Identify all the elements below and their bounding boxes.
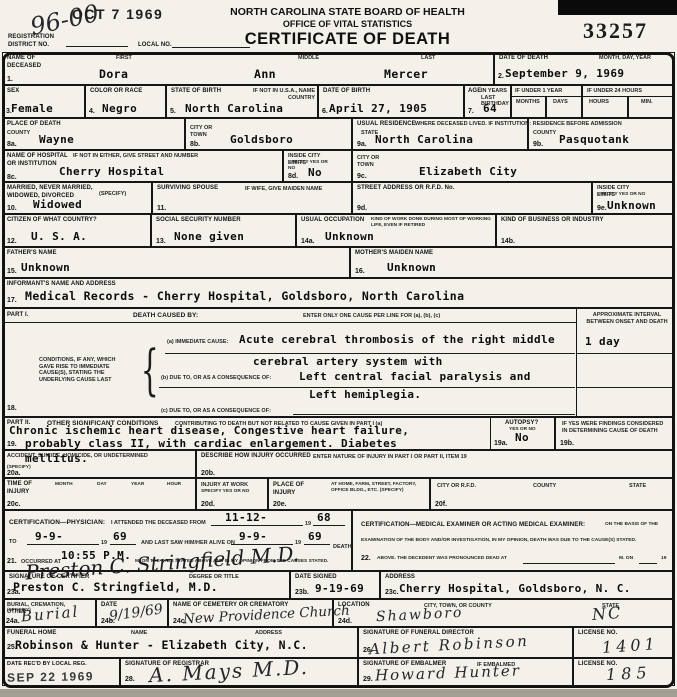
pod-icl-value: No [308,166,322,179]
field-residence-city: CITY OR TOWN 9c. Elizabeth City [352,150,675,182]
race-label: COLOR OR RACE [90,88,142,96]
date-signed-value: 9-19-69 [315,582,364,595]
name-item-number: 1. [7,76,13,83]
part1-interval-column: APPROXIMATE INTERVAL BETWEEN ONSET AND D… [576,308,675,417]
cause-c-rule [293,414,575,415]
field-street-address: STREET ADDRESS OR R.F.D. No. 9d. [352,182,592,214]
injury-state-label: STATE [629,483,646,490]
min-label: MIN. [641,99,653,106]
pod-county-label: COUNTY [7,130,30,137]
field-embalmer-signature: SIGNATURE OF EMBALMER IF EMBALMED 29. Ho… [358,658,573,686]
field-how-injury-occurred: DESCRIBE HOW INJURY OCCURRED ENTER NATUR… [196,450,675,478]
registrar-handwriting: A. Mays M.D. [149,657,310,685]
part2-item-number: 19. [7,441,17,448]
residence-county-label: COUNTY [533,130,556,137]
injury-city-label: CITY OR R.F.D. [437,483,476,490]
citizen-value: U. S. A. [31,230,87,243]
field-citizen: CITIZEN OF WHAT COUNTRY? 12. U. S. A. [2,214,151,247]
cert-seen-date: 9-9- [239,530,267,543]
informant-value: Medical Records - Cherry Hospital, Golds… [25,290,464,304]
cause-a-label: (a) IMMEDIATE CAUSE: [167,339,228,346]
day-label: DAY [97,482,107,488]
cert-me-mon-text: M. ON [619,556,633,562]
name-first-value: Dora [99,68,128,82]
signer-typed-value: Preston C. Stringfield, M.D. [13,581,218,595]
mother-number: 16. [355,268,365,275]
under-24-hours-label: IF UNDER 24 HOURS [587,88,642,95]
embalmer-license-handwriting: 185 [606,665,652,683]
field-funeral-home: FUNERAL HOME NAME ADDRESS 25. Robinson &… [2,627,358,658]
accident-number: 20a. [7,470,21,477]
date-received-stamp: SEP 22 1969 [7,670,94,684]
part1-conditions-label: CONDITIONS, IF ANY, WHICH GAVE RISE TO I… [39,357,131,383]
part1-brace: { [141,344,159,398]
last-sublabel: LAST [421,55,435,62]
cert-from-date: 11-12- [225,511,267,524]
interval-rule2 [577,387,673,388]
cert-to-date: 9-9- [35,530,63,543]
injury-at-work-label: INJURY AT WORK [201,482,257,489]
injury-county-label: COUNTY [533,483,556,490]
agency-header: NORTH CAROLINA STATE BOARD OF HEALTH OFF… [205,0,490,52]
cause-a-rule [165,353,575,354]
field-surviving-spouse: SURVIVING SPOUSE IF WIFE, GIVE MAIDEN NA… [152,182,352,214]
field-pod-inside-city-limits: INSIDE CITY LIMITS SPECIFY YES OR NO 8d.… [283,150,352,182]
field-date-signed: DATE SIGNED 23b. 9-19-69 [290,571,380,599]
cert-me-blank2 [639,563,657,564]
place-of-injury-number: 20e. [273,501,287,508]
field-date-of-death: DATE OF DEATH MONTH, DAY, YEAR 2. Septem… [494,52,675,85]
field-hospital: NAME OF HOSPITAL OR INSTITUTION IF NOT I… [2,150,283,182]
residence-city-number: 9c. [357,173,367,180]
field-marital-status: MARRIED, NEVER MARRIED, WIDOWED, DIVORCE… [2,182,152,214]
usual-residence-subheader: WHERE DECEASED LIVED. IF INSTITUTION: RE… [415,121,675,128]
field-burial-date: DATE 24b. 9/19/69 [96,599,168,627]
field-sex: SEX 3. Female [2,85,85,118]
residence-city-label: CITY OR TOWN [357,155,387,168]
occupation-number: 14a. [301,238,315,245]
field-under24-hours: HOURS [582,96,628,118]
part1-item-number: 18. [7,405,17,412]
field-residence-inside-city-limits: INSIDE CITY LIMITS SPECIFY YES OR NO 9e.… [592,182,675,214]
sex-value: Female [11,102,53,115]
field-date-received: DATE REC'D BY LOCAL REG. SEP 22 1969 [2,658,120,686]
state-of-birth-label: STATE OF BIRTH [171,88,221,96]
name-last-value: Mercer [384,68,428,82]
days-label: DAYS [553,99,568,106]
residence-icl-number: 9e. [597,205,607,212]
sex-label: SEX [7,88,19,96]
interval-a-value: 1 day [585,335,620,348]
field-under24-min: MIN. [628,96,675,118]
field-age: AGE IN YEARS LAST BIRTHDAY 7. 64 [464,85,511,118]
cert-to-blank [27,544,99,545]
part1-header-rule [3,322,577,323]
agency-line2: OFFICE OF VITAL STATISTICS [205,19,490,29]
agency-line1: NORTH CAROLINA STATE BOARD OF HEALTH [205,6,490,18]
field-race: COLOR OR RACE 4. Negro [85,85,166,118]
section-certification-physician: CERTIFICATION—PHYSICIAN: I ATTENDED THE … [2,510,352,571]
usual-residence-header: USUAL RESIDENCE [357,121,416,129]
field-informant: INFORMANT'S NAME AND ADDRESS 17. Medical… [2,278,675,308]
street-number: 9d. [357,205,367,212]
autopsy-value: No [515,431,529,444]
part1-note: ENTER ONLY ONE CAUSE PER LINE FOR (a), (… [303,313,440,320]
cert-to-text: TO [9,539,17,546]
mother-label: MOTHER'S MAIDEN NAME [355,250,433,258]
residence-state-value: North Carolina [375,133,473,146]
residence-icl-sublabel: SPECIFY YES OR NO [597,192,647,198]
pod-county-value: Wayne [39,133,74,146]
under-1-year-label: IF UNDER 1 YEAR [515,88,562,95]
date-of-death-value: September 9, 1969 [505,67,624,80]
location-number: 24d. [338,618,352,625]
field-business: KIND OF BUSINESS OR INDUSTRY 14b. [496,214,675,247]
funeral-home-name-sublabel: NAME [131,630,147,637]
father-value: Unknown [21,261,70,274]
race-value: Negro [102,102,137,115]
cert-seenyr-blank [304,544,330,545]
hospital-number: 8c. [7,174,17,181]
field-pod-city: CITY OR TOWN 8b. Goldsboro [185,118,352,150]
mother-value: Unknown [387,261,436,274]
findings-label: IF YES WERE FINDINGS CONSIDERED IN DETER… [562,421,668,434]
address-value: Cherry Hospital, Goldsboro, N. C. [399,582,631,595]
cause-a-line2: cerebral artery system with [253,355,443,368]
field-embalmer-license: LICENSE NO. 185 [573,658,675,686]
field-cemetery-name: NAME OF CEMETERY OR CREMATORY 24c. New P… [168,599,333,627]
director-license-handwriting: 1401 [602,636,660,656]
father-number: 15. [7,268,17,275]
marital-number: 10. [7,205,17,212]
findings-number: 19b. [560,440,574,447]
age-number: 7. [468,108,474,115]
location-handwriting: Shawboro [376,606,464,625]
business-label: KIND OF BUSINESS OR INDUSTRY [501,217,604,225]
cert-me-pronounced-text: ABOVE. THE DECEDENT WAS PRONOUNCED DEAD … [377,556,507,562]
funeral-home-label: FUNERAL HOME [7,630,56,638]
hospital-value: Cherry Hospital [59,165,164,178]
place-of-injury-label: PLACE OF INJURY [273,482,328,497]
cert-attended-text: I ATTENDED THE DECEASED FROM [111,520,206,527]
informant-label: INFORMANT'S NAME AND ADDRESS [7,281,116,289]
registration-district-blank [66,46,128,47]
occupation-label: USUAL OCCUPATION [301,217,364,225]
residence-city-value: Elizabeth City [419,165,517,178]
address-number: 23c. [385,589,399,596]
field-certifier-address: ADDRESS 23c. Cherry Hospital, Goldsboro,… [380,571,675,599]
marital-sublabel: (SPECIFY) [99,191,126,198]
age-value: 64 [483,102,497,115]
cert-seen-year: 69 [308,530,322,543]
field-pod-county: PLACE OF DEATH COUNTY 8a. Wayne [2,118,185,150]
date-of-birth-value: April 27, 1905 [329,102,427,115]
residence-icl-value: Unknown [607,199,656,212]
field-ssn: SOCIAL SECURITY NUMBER 13. None given [151,214,296,247]
date-of-death-number: 2. [498,73,504,80]
residence-county-value: Pasquotank [559,133,629,146]
first-sublabel: FIRST [116,55,132,62]
month-label: MONTH [55,482,73,488]
embalmer-handwriting: Howard Hunter [375,663,521,683]
registrar-number: 28. [125,676,135,683]
year-label: YEAR [131,482,144,488]
cert-from-year: 68 [317,511,331,524]
part1-label: PART I. [7,312,29,320]
cert-me-19-text: 19 [661,556,666,562]
corner-black-bar [558,0,677,15]
field-injury-location: CITY OR R.F.D. COUNTY STATE 20f. [430,478,675,510]
occupation-value: Unknown [325,230,374,243]
cause-b-line1: Left central facial paralysis and [299,370,531,383]
section-part1: PART I. DEATH CAUSED BY: ENTER ONLY ONE … [2,308,675,417]
hours-label: HOURS [589,99,609,106]
pod-county-number: 8a. [7,141,17,148]
interval-rule1 [577,353,673,354]
field-autopsy-findings: IF YES WERE FINDINGS CONSIDERED IN DETER… [555,417,675,450]
cause-b-line2: Left hemiplegia. [309,388,421,401]
document-title: CERTIFICATE OF DEATH [205,30,490,49]
injury-location-number: 20f. [435,501,447,508]
father-label: FATHER'S NAME [7,250,57,258]
interval-label: APPROXIMATE INTERVAL BETWEEN ONSET AND D… [583,312,671,325]
how-injury-label: DESCRIBE HOW INJURY OCCURRED [201,453,311,461]
field-registrar-signature: SIGNATURE OF REGISTRAR 28. A. Mays M.D. [120,658,358,686]
citizen-number: 12. [7,238,17,245]
burial-value-handwriting: Burial [20,604,79,624]
embalmer-number: 29. [363,676,373,683]
field-state-of-birth: STATE OF BIRTH IF NOT IN U.S.A., NAME CO… [166,85,318,118]
autopsy-number: 19a. [494,440,508,447]
citizen-label: CITIZEN OF WHAT COUNTRY? [7,217,97,225]
cert-me-label: CERTIFICATION—MEDICAL EXAMINER OR ACTING… [361,521,585,529]
field-accident-type: ACCIDENT, SUICIDE, HOMICIDE, OR UNDETERM… [2,450,196,478]
state-of-birth-number: 5. [170,108,176,115]
hospital-sublabel: IF NOT IN EITHER, GIVE STREET AND NUMBER [73,153,198,160]
section-certification-medical-examiner: CERTIFICATION—MEDICAL EXAMINER OR ACTING… [352,510,675,571]
date-of-birth-label: DATE OF BIRTH [323,88,370,96]
cert-from-19: 19 [305,521,311,528]
place-of-injury-sublabel: AT HOME, FARM, STREET, FACTORY, OFFICE B… [331,482,425,494]
spouse-label: SURVIVING SPOUSE [157,185,218,193]
field-injury-at-work: INJURY AT WORK SPECIFY YES OR NO 20d. [196,478,268,510]
part2-line3-overflow: mellitus. [25,452,88,465]
cert-from-blank [211,525,303,526]
field-mother-name: MOTHER'S MAIDEN NAME 16. Unknown [350,247,675,278]
how-injury-number: 20b. [201,470,215,477]
hour-label: HOUR [167,482,181,488]
address-label: ADDRESS [385,574,415,582]
cert-death-text: DEATH [333,544,352,551]
field-burial-type: BURIAL, CREMATION, OTHER (SPECIFY) 24a. … [2,599,96,627]
how-injury-sublabel: ENTER NATURE OF INJURY IN PART I OR PART… [313,454,467,461]
death-certificate-scan: REGISTRATION DISTRICT NO. 96-00 OCT 7 19… [0,0,677,697]
funeral-home-value: Robinson & Hunter - Elizabeth City, N.C. [15,639,308,653]
field-burial-location: LOCATION CITY, TOWN, OR COUNTY STATE 24d… [333,599,675,627]
cert-to-year: 69 [113,530,127,543]
date-of-birth-number: 6. [322,108,328,115]
field-autopsy: AUTOPSY? YES OR NO 19a. No [490,417,555,450]
field-funeral-director-signature: SIGNATURE OF FUNERAL DIRECTOR 26. Albert… [358,627,573,658]
cert-me-number: 22. [361,555,371,562]
middle-sublabel: MIDDLE [298,55,319,62]
name-middle-value: Ann [254,68,276,82]
marital-value: Widowed [33,198,82,211]
date-of-death-label: DATE OF DEATH [499,55,548,63]
state-of-birth-value: North Carolina [185,102,283,115]
location-label: LOCATION [338,602,370,610]
part1-caused-by-label: DEATH CAUSED BY: [133,312,198,320]
cause-b-label: (b) DUE TO, OR AS A CONSEQUENCE OF: [161,375,271,382]
date-signed-label: DATE SIGNED [295,574,337,582]
pod-city-number: 8b. [190,141,200,148]
ssn-value: None given [174,230,244,243]
local-no-label: LOCAL NO. [138,42,172,50]
field-date-of-birth: DATE OF BIRTH 6. April 27, 1905 [318,85,464,118]
cert-me-exam-text: EXAMINATION OF THE BODY AND/OR INVESTIGA… [361,538,636,544]
field-signature-of-certifier: SIGNATURE OF CERTIFIER DEGREE OR TITLE 2… [2,571,290,599]
date-received-label: DATE REC'D BY LOCAL REG. [7,661,87,668]
ssn-number: 13. [156,238,166,245]
name-label: NAME OF DECEASED [7,55,47,70]
field-name-of-deceased: NAME OF DECEASED FIRST MIDDLE LAST 1. Do… [2,52,494,85]
injury-at-work-sublabel: SPECIFY YES OR NO [201,489,249,495]
time-of-injury-label: TIME OF INJURY [7,481,47,496]
field-occupation: USUAL OCCUPATION KIND OF WORK DONE DURIN… [296,214,496,247]
residence-state-number: 9a. [357,141,367,148]
part2-line1: Chronic ischemic heart disease, Congesti… [9,424,409,437]
certificate-number: 33257 [583,18,648,44]
date-of-death-sublabel: MONTH, DAY, YEAR [599,55,651,62]
cert-item-number: 21. [7,558,17,565]
field-under1-months: MONTHS [511,96,546,118]
location-state-handwriting: NC [591,605,622,623]
field-director-license: LICENSE NO. 1401 [573,627,675,658]
cert-me-basis-text: ON THE BASIS OF THE [605,522,658,528]
occupation-sublabel: KIND OF WORK DONE DURING MOST OF WORKING… [371,217,491,229]
ssn-label: SOCIAL SECURITY NUMBER [156,217,241,225]
cert-me-blank1 [523,563,615,564]
residence-county-number: 9b. [533,141,543,148]
months-label: MONTHS [516,99,540,106]
cert-to-19: 19 [101,540,107,547]
cause-c-label: (c) DUE TO, OR AS A CONSEQUENCE OF: [161,408,271,415]
field-time-of-injury: TIME OF INJURY MONTH DAY YEAR HOUR 20c. [2,478,196,510]
cert-physician-label: CERTIFICATION—PHYSICIAN: [9,519,105,527]
field-under1-days: DAYS [546,96,582,118]
state-of-birth-sublabel: IF NOT IN U.S.A., NAME COUNTRY [235,88,315,101]
age-label: AGE [468,88,481,96]
field-residence-state: USUAL RESIDENCE WHERE DECEASED LIVED. IF… [352,118,528,150]
spouse-sublabel: IF WIFE, GIVE MAIDEN NAME [245,186,322,193]
scan-edge-band [0,689,677,697]
field-place-of-injury: PLACE OF INJURY AT HOME, FARM, STREET, F… [268,478,430,510]
business-number: 14b. [501,238,515,245]
burial-number: 24a. [6,618,20,625]
time-of-injury-number: 20c. [7,501,21,508]
pod-icl-number: 8d. [288,173,298,180]
cert-toyr-blank [110,544,136,545]
injury-at-work-number: 20d. [201,501,215,508]
cert-fromyr-blank [313,525,345,526]
funeral-home-address-sublabel: ADDRESS [255,630,282,637]
cause-a-line1: Acute cerebral thrombosis of the right m… [239,333,555,346]
field-father-name: FATHER'S NAME 15. Unknown [2,247,350,278]
place-of-death-header: PLACE OF DEATH [7,121,61,129]
pod-city-label: CITY OR TOWN [190,125,220,138]
street-label: STREET ADDRESS OR R.F.D. No. [357,185,455,193]
received-date-stamp: OCT 7 1969 [72,7,163,21]
spouse-number: 11. [157,205,166,212]
informant-number: 17. [7,297,17,304]
race-number: 4. [89,108,95,115]
cert-lastsaw-text: AND LAST SAW HIM/HER ALIVE ON [141,540,235,547]
pod-city-value: Goldsboro [230,133,293,146]
date-signed-number: 23b. [295,589,309,596]
